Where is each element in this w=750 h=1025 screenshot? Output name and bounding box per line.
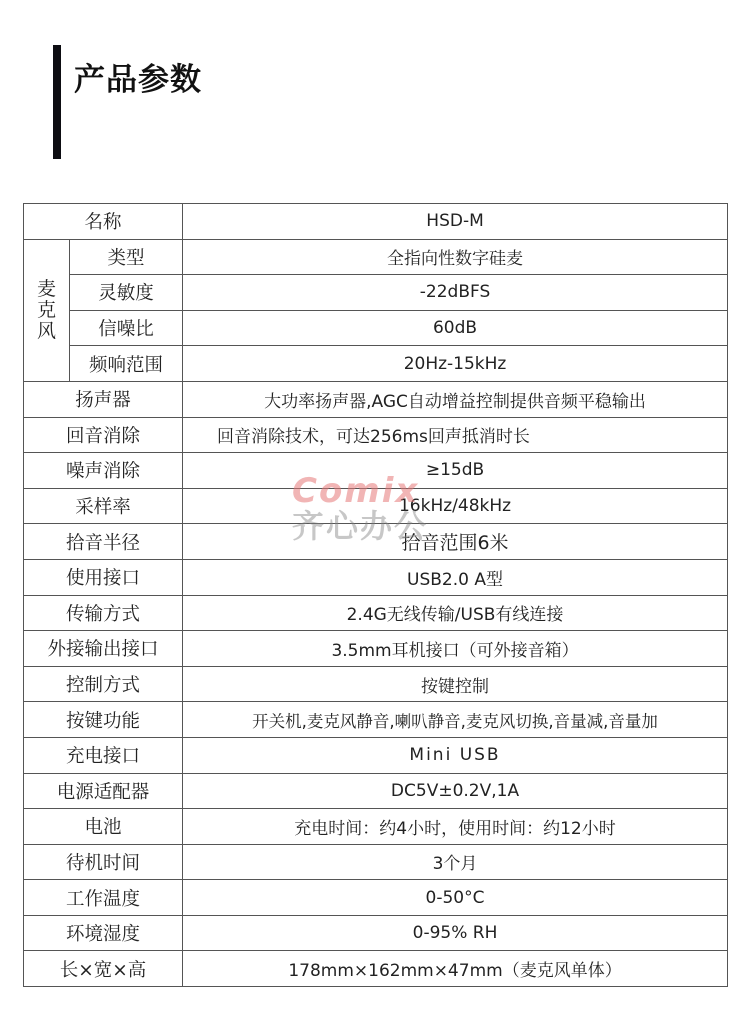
table-row: 传输方式 2.4G无线传输/USB有线连接 — [24, 595, 728, 631]
table-row: 灵敏度 -22dBFS — [24, 275, 728, 311]
spec-label: 待机时间 — [24, 844, 183, 880]
spec-label: 采样率 — [24, 488, 183, 524]
table-row: 噪声消除 ≥15dB — [24, 453, 728, 489]
spec-table: 名称 HSD-M 麦 克 风 类型 全指向性数字硅麦 灵敏度 -22dBFS 信… — [23, 203, 728, 987]
spec-value: 20Hz-15kHz — [183, 346, 728, 382]
spec-value: 拾音范围6米 — [183, 524, 728, 560]
spec-label: 工作温度 — [24, 880, 183, 916]
spec-value: 2.4G无线传输/USB有线连接 — [183, 595, 728, 631]
table-row: 采样率 16kHz/48kHz — [24, 488, 728, 524]
spec-label: 类型 — [70, 239, 183, 275]
spec-value: HSD-M — [183, 204, 728, 240]
spec-label: 信噪比 — [70, 310, 183, 346]
table-row: 拾音半径 拾音范围6米 — [24, 524, 728, 560]
table-row: 待机时间 3个月 — [24, 844, 728, 880]
spec-label: 电源适配器 — [24, 773, 183, 809]
group-label-microphone: 麦 克 风 — [24, 239, 70, 381]
table-row: 信噪比 60dB — [24, 310, 728, 346]
table-row: 充电接口 Mini USB — [24, 737, 728, 773]
table-row: 工作温度 0-50°C — [24, 880, 728, 916]
spec-label: 拾音半径 — [24, 524, 183, 560]
spec-value: 16kHz/48kHz — [183, 488, 728, 524]
page-title: 产品参数 — [74, 54, 202, 99]
spec-label: 按键功能 — [24, 702, 183, 738]
table-row: 名称 HSD-M — [24, 204, 728, 240]
spec-value: 178mm×162mm×47mm（麦克风单体） — [183, 951, 728, 987]
table-row: 频响范围 20Hz-15kHz — [24, 346, 728, 382]
spec-label: 环境湿度 — [24, 915, 183, 951]
table-row: 外接输出接口 3.5mm耳机接口（可外接音箱） — [24, 631, 728, 667]
spec-label: 传输方式 — [24, 595, 183, 631]
table-row: 电池 充电时间：约4小时，使用时间：约12小时 — [24, 809, 728, 845]
spec-label: 名称 — [24, 204, 183, 240]
spec-value: ≥15dB — [183, 453, 728, 489]
spec-label: 电池 — [24, 809, 183, 845]
group-char: 克 — [24, 300, 69, 321]
spec-value: 按键控制 — [183, 666, 728, 702]
spec-value: 大功率扬声器,AGC自动增益控制提供音频平稳输出 — [183, 381, 728, 417]
spec-label: 噪声消除 — [24, 453, 183, 489]
spec-value: 全指向性数字硅麦 — [183, 239, 728, 275]
spec-value: 充电时间：约4小时，使用时间：约12小时 — [183, 809, 728, 845]
spec-label: 频响范围 — [70, 346, 183, 382]
table-row: 电源适配器 DC5V±0.2V,1A — [24, 773, 728, 809]
table-row: 控制方式 按键控制 — [24, 666, 728, 702]
spec-label: 回音消除 — [24, 417, 183, 453]
spec-value: USB2.0 A型 — [183, 559, 728, 595]
table-row: 扬声器 大功率扬声器,AGC自动增益控制提供音频平稳输出 — [24, 381, 728, 417]
table-row: 长×宽×高 178mm×162mm×47mm（麦克风单体） — [24, 951, 728, 987]
spec-value: Mini USB — [183, 737, 728, 773]
table-row: 按键功能 开关机,麦克风静音,喇叭静音,麦克风切换,音量减,音量加 — [24, 702, 728, 738]
spec-value: DC5V±0.2V,1A — [183, 773, 728, 809]
spec-value: 0-50°C — [183, 880, 728, 916]
table-row: 环境湿度 0-95% RH — [24, 915, 728, 951]
spec-label: 扬声器 — [24, 381, 183, 417]
spec-value: -22dBFS — [183, 275, 728, 311]
spec-value: 3.5mm耳机接口（可外接音箱） — [183, 631, 728, 667]
spec-value: 开关机,麦克风静音,喇叭静音,麦克风切换,音量减,音量加 — [183, 702, 728, 738]
spec-label: 充电接口 — [24, 737, 183, 773]
spec-value: 60dB — [183, 310, 728, 346]
spec-value: 3个月 — [183, 844, 728, 880]
spec-label: 控制方式 — [24, 666, 183, 702]
spec-label: 外接输出接口 — [24, 631, 183, 667]
spec-label: 使用接口 — [24, 559, 183, 595]
table-row: 回音消除 回音消除技术，可达256ms回声抵消时长 — [24, 417, 728, 453]
group-char: 麦 — [24, 279, 69, 300]
spec-value: 回音消除技术，可达256ms回声抵消时长 — [183, 417, 728, 453]
group-char: 风 — [24, 321, 69, 342]
spec-label: 长×宽×高 — [24, 951, 183, 987]
table-row: 麦 克 风 类型 全指向性数字硅麦 — [24, 239, 728, 275]
spec-label: 灵敏度 — [70, 275, 183, 311]
spec-value: 0-95% RH — [183, 915, 728, 951]
table-row: 使用接口 USB2.0 A型 — [24, 559, 728, 595]
title-accent-bar — [53, 45, 61, 159]
